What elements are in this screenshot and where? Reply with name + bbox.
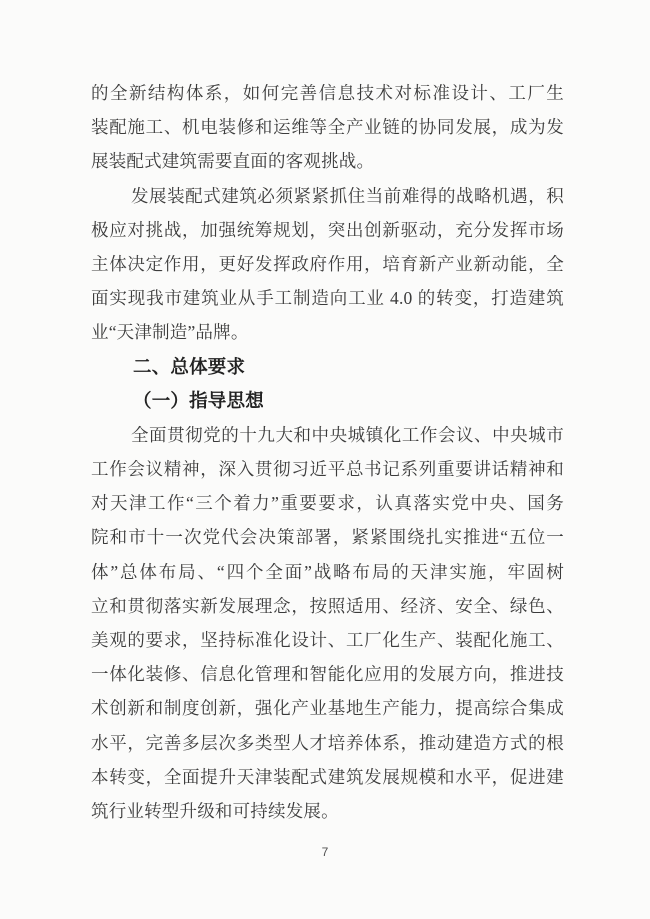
- text-line: 工作会议精神，深入贯彻习近平总书记系列重要讲话精神和: [91, 452, 564, 486]
- text-line: 筑行业转型升级和可持续发展。: [91, 794, 564, 828]
- text-line: 装配施工、机电装修和运维等全产业链的协同发展，成为发: [91, 110, 564, 144]
- text-line: 展装配式建筑需要直面的客观挑战。: [91, 144, 564, 178]
- text-line: 二、总体要求: [91, 350, 564, 384]
- text-line: 发展装配式建筑必须紧紧抓住当前难得的战略机遇，积: [91, 179, 564, 213]
- text-line: 业“天津制造”品牌。: [91, 315, 564, 349]
- text-line: 面实现我市建筑业从手工制造向工业 4.0 的转变，打造建筑: [91, 281, 564, 315]
- text-line: 院和市十一次党代会决策部署，紧紧围绕扎实推进“五位一: [91, 520, 564, 554]
- text-line: 水平，完善多层次多类型人才培养体系，推动建造方式的根: [91, 726, 564, 760]
- text-line: 立和贯彻落实新发展理念，按照适用、经济、安全、绿色、: [91, 589, 564, 623]
- document-text-block: 的全新结构体系，如何完善信息技术对标准设计、工厂生产、装配施工、机电装修和运维等…: [91, 76, 564, 828]
- text-line: 美观的要求，坚持标准化设计、工厂化生产、装配化施工、: [91, 623, 564, 657]
- text-line: （一）指导思想: [91, 384, 564, 418]
- text-line: 对天津工作“三个着力”重要要求，认真落实党中央、国务: [91, 486, 564, 520]
- text-line: 主体决定作用，更好发挥政府作用，培育新产业新动能，全: [91, 247, 564, 281]
- text-line: 全面贯彻党的十九大和中央城镇化工作会议、中央城市: [91, 418, 564, 452]
- text-line: 极应对挑战，加强统筹规划，突出创新驱动，充分发挥市场: [91, 213, 564, 247]
- text-line: 的全新结构体系，如何完善信息技术对标准设计、工厂生产、: [91, 76, 564, 110]
- text-line: 一体化装修、信息化管理和智能化应用的发展方向，推进技: [91, 657, 564, 691]
- text-line: 本转变，全面提升天津装配式建筑发展规模和水平，促进建: [91, 760, 564, 794]
- text-line: 体”总体布局、“四个全面”战略布局的天津实施，牢固树: [91, 555, 564, 589]
- text-line: 术创新和制度创新，强化产业基地生产能力，提高综合集成: [91, 691, 564, 725]
- page-number: 7: [0, 845, 650, 859]
- document-page: 的全新结构体系，如何完善信息技术对标准设计、工厂生产、装配施工、机电装修和运维等…: [0, 0, 650, 919]
